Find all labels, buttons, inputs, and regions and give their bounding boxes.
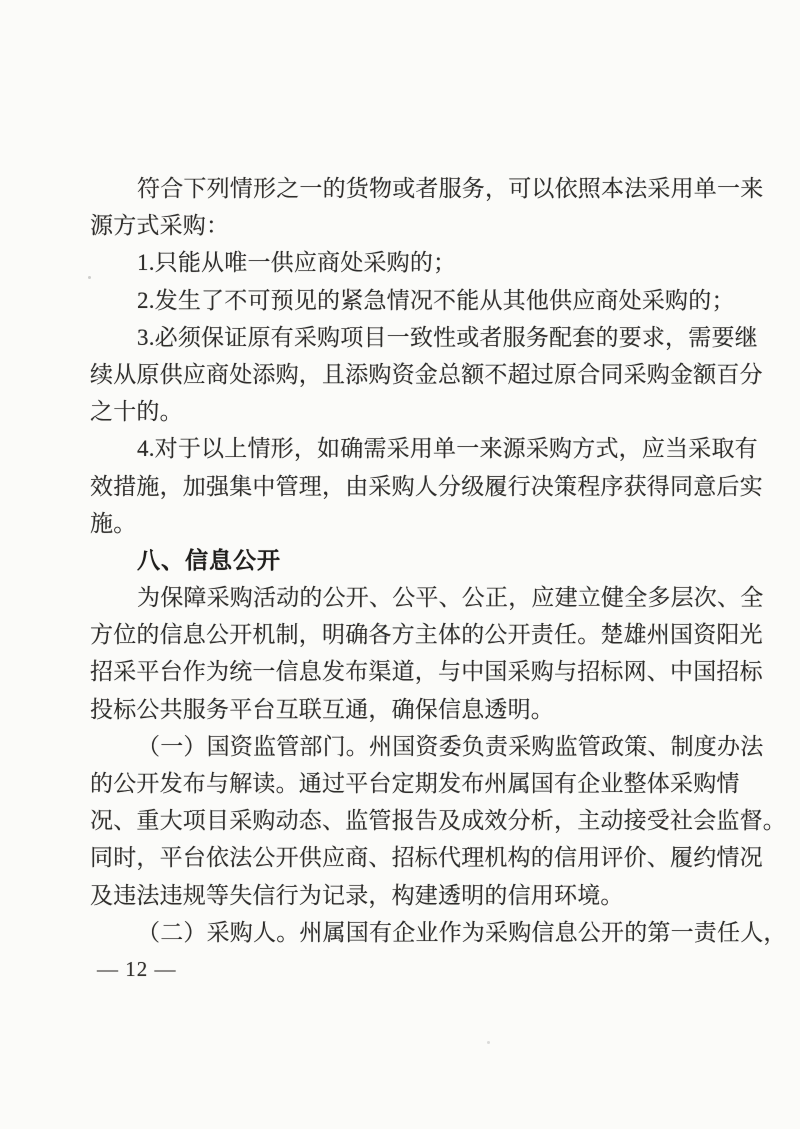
body-line: 3.必须保证原有采购项目一致性或者服务配套的要求，需要继 bbox=[90, 319, 745, 356]
body-line: 效措施，加强集中管理，由采购人分级履行决策程序获得同意后实 bbox=[90, 468, 745, 505]
body-line: 况、重大项目采购动态、监管报告及成效分析，主动接受社会监督。 bbox=[90, 802, 745, 839]
body-line: 源方式采购： bbox=[90, 207, 745, 244]
section-heading: 八、信息公开 bbox=[90, 542, 745, 579]
scan-speck bbox=[487, 1041, 490, 1044]
body-line: （一）国资监管部门。州国资委负责采购监管政策、制度办法 bbox=[90, 728, 745, 765]
body-line: 续从原供应商处添购，且添购资金总额不超过原合同采购金额百分 bbox=[90, 356, 745, 393]
body-line: （二）采购人。州属国有企业作为采购信息公开的第一责任人， bbox=[90, 914, 745, 951]
page-number: — 12 — bbox=[97, 957, 177, 982]
body-line: 之十的。 bbox=[90, 393, 745, 430]
body-line: 施。 bbox=[90, 505, 745, 542]
body-line: 同时，平台依法公开供应商、招标代理机构的信用评价、履约情况 bbox=[90, 839, 745, 876]
body-line: 招采平台作为统一信息发布渠道，与中国采购与招标网、中国招标 bbox=[90, 653, 745, 690]
body-line: 为保障采购活动的公开、公平、公正，应建立健全多层次、全 bbox=[90, 579, 745, 616]
body-line: 的公开发布与解读。通过平台定期发布州属国有企业整体采购情 bbox=[90, 765, 745, 802]
body-text-block: 符合下列情形之一的货物或者服务，可以依照本法采用单一来 源方式采购： 1.只能从… bbox=[90, 170, 745, 951]
body-line: 1.只能从唯一供应商处采购的； bbox=[90, 244, 745, 281]
body-line: 符合下列情形之一的货物或者服务，可以依照本法采用单一来 bbox=[90, 170, 745, 207]
body-line: 投标公共服务平台互联互通，确保信息透明。 bbox=[90, 691, 745, 728]
body-line: 2.发生了不可预见的紧急情况不能从其他供应商处采购的； bbox=[90, 282, 745, 319]
scanned-document-page: 符合下列情形之一的货物或者服务，可以依照本法采用单一来 源方式采购： 1.只能从… bbox=[0, 0, 800, 1129]
scan-speck bbox=[88, 276, 91, 279]
scan-speck bbox=[757, 815, 759, 817]
body-line: 及违法违规等失信行为记录，构建透明的信用环境。 bbox=[90, 877, 745, 914]
body-line: 4.对于以上情形，如确需采用单一来源采购方式，应当采取有 bbox=[90, 430, 745, 467]
body-line: 方位的信息公开机制，明确各方主体的公开责任。楚雄州国资阳光 bbox=[90, 616, 745, 653]
